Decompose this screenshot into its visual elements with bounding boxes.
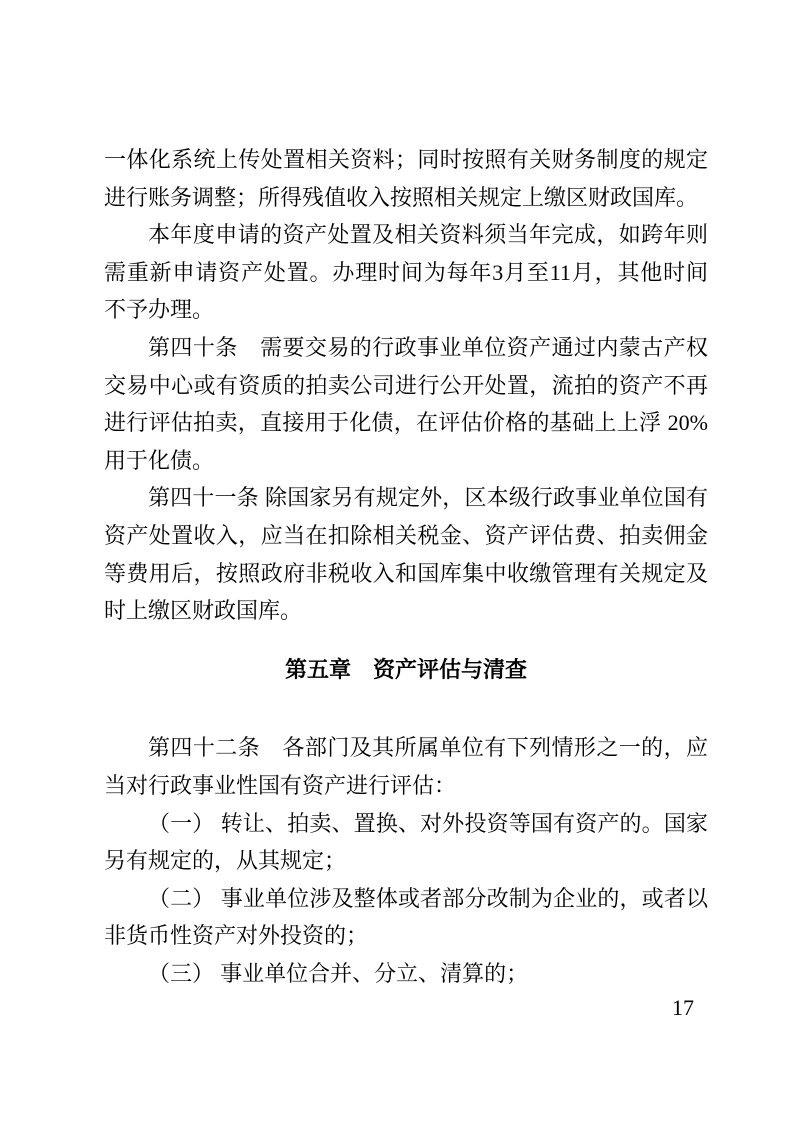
document-body: 一体化系统上传处置相关资料；同时按照有关财务制度的规定进行账务调整；所得残值收入… (104, 141, 708, 992)
text-run: 月至 (503, 260, 550, 285)
text-run: 第四十二条 各部门及其所属单位有下列情形之一的，应当对行政事业性国有资产进行评估… (104, 735, 708, 798)
text-run: 第四十条 需要交易的行政事业单位资产通过内蒙古产权交易中心或有资质的拍卖公司进行… (104, 335, 708, 435)
numeric-text: 20% (668, 410, 708, 435)
text-run: 用于化债。 (104, 448, 214, 473)
paragraph: （二） 事业单位涉及整体或者部分改制为企业的，或者以非货币性资产对外投资的； (104, 880, 708, 955)
paragraph: 第四十一条 除国家另有规定外，区本级行政事业单位国有资产处置收入，应当在扣除相关… (104, 479, 708, 629)
text-run: 第五章 资产评估与清查 (285, 657, 527, 682)
paragraph: （三） 事业单位合并、分立、清算的； (104, 955, 708, 993)
numeric-text: 11 (550, 260, 571, 285)
document-page: 一体化系统上传处置相关资料；同时按照有关财务制度的规定进行账务调整；所得残值收入… (0, 0, 793, 1122)
paragraph: （一） 转让、拍卖、置换、对外投资等国有资产的。国家另有规定的，从其规定； (104, 805, 708, 880)
paragraph: 第四十二条 各部门及其所属单位有下列情形之一的，应当对行政事业性国有资产进行评估… (104, 729, 708, 804)
paragraph: 本年度申请的资产处置及相关资料须当年完成，如跨年则需重新申请资产处置。办理时间为… (104, 216, 708, 329)
numeric-text: 3 (492, 260, 503, 285)
text-run: （二） 事业单位涉及整体或者部分改制为企业的，或者以非货币性资产对外投资的； (104, 886, 708, 949)
chapter-heading: 第五章 资产评估与清查 (104, 651, 708, 689)
paragraph: 一体化系统上传处置相关资料；同时按照有关财务制度的规定进行账务调整；所得残值收入… (104, 141, 708, 216)
page-number: 17 (672, 996, 694, 1020)
text-run: （三） 事业单位合并、分立、清算的； (148, 961, 528, 986)
text-run: 第四十一条 除国家另有规定外，区本级行政事业单位国有资产处置收入，应当在扣除相关… (104, 485, 708, 623)
paragraph: 第四十条 需要交易的行政事业单位资产通过内蒙古产权交易中心或有资质的拍卖公司进行… (104, 329, 708, 479)
text-run: 一体化系统上传处置相关资料；同时按照有关财务制度的规定进行账务调整；所得残值收入… (104, 147, 708, 210)
text-run: （一） 转让、拍卖、置换、对外投资等国有资产的。国家另有规定的，从其规定； (104, 811, 708, 874)
